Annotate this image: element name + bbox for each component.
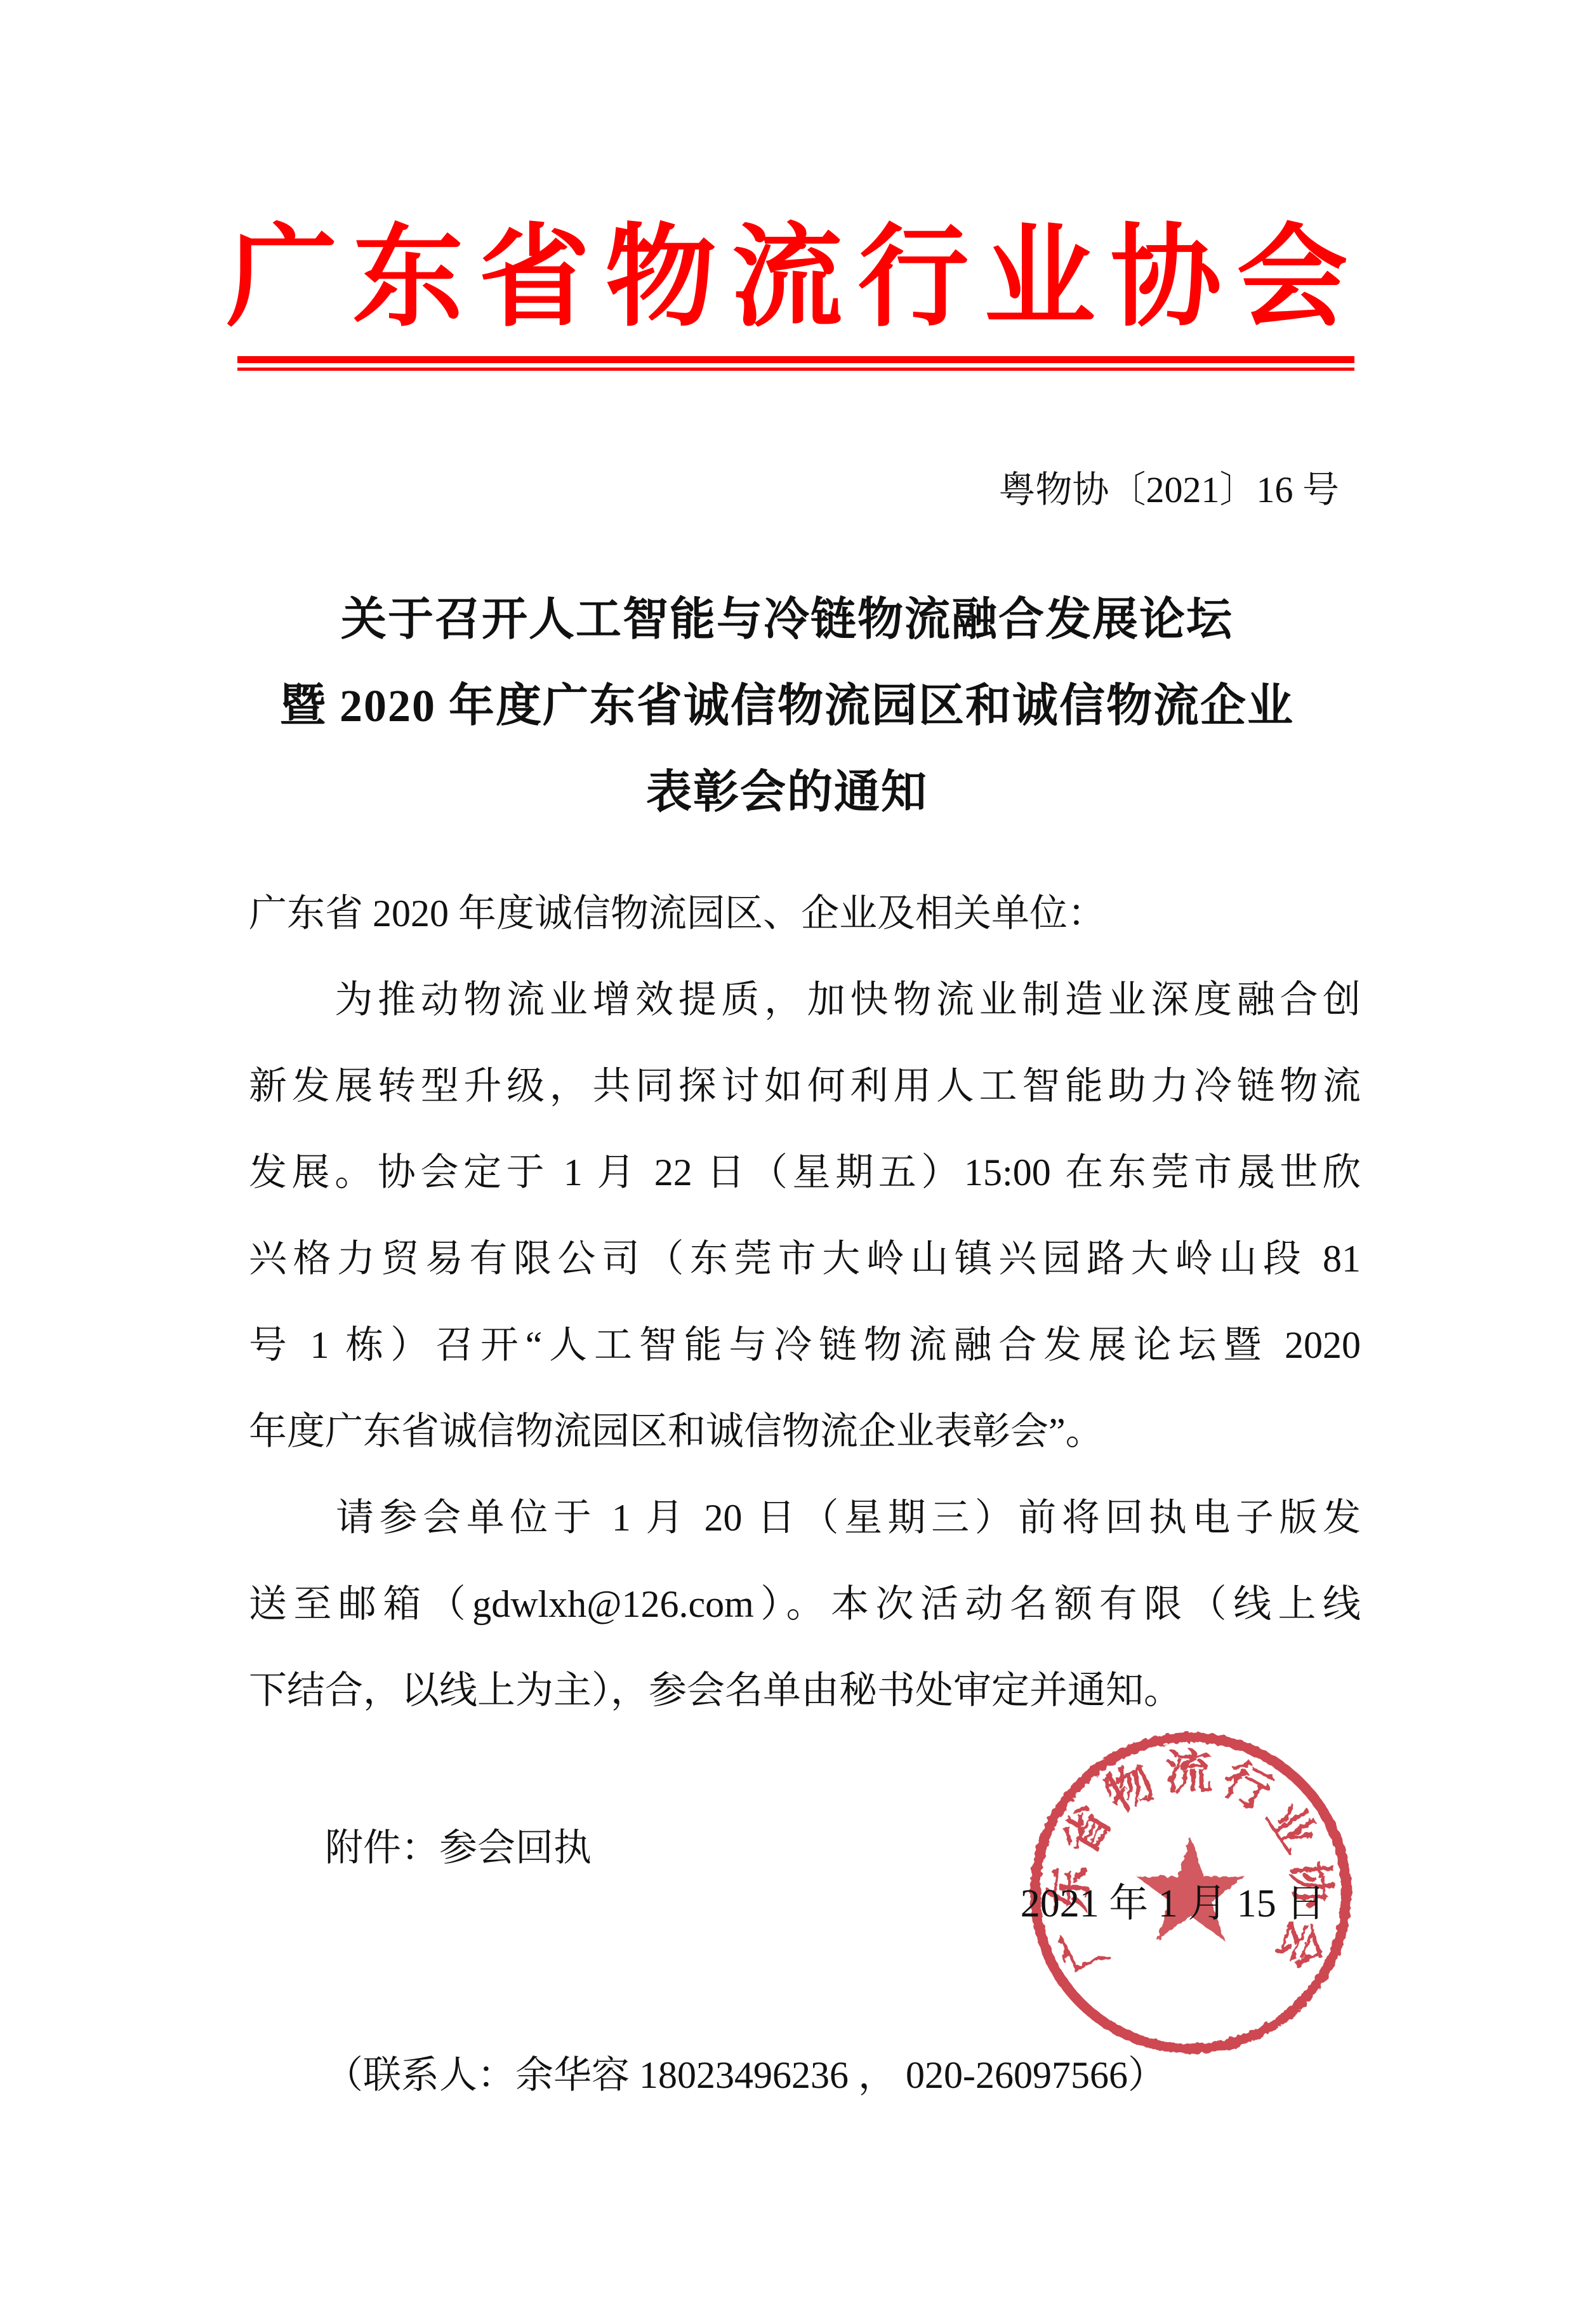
- doc-number: 粤物协〔2021〕16 号: [998, 468, 1339, 512]
- body-line: 年度广东省诚信物流园区和诚信物流企业表彰会”。: [249, 1388, 1361, 1475]
- body-line: 新发展转型升级，共同探讨如何利用人工智能助力冷链物流: [249, 1043, 1361, 1129]
- notice-title-line: 表彰会的通知: [0, 749, 1574, 835]
- letterhead-rule-thin: [237, 368, 1354, 371]
- issue-date: 2021 年 1 月 15 日: [1008, 1882, 1338, 1926]
- notice-body: 广东省 2020 年度诚信物流园区、企业及相关单位： 为推动物流业增效提质，加快…: [249, 870, 1361, 1734]
- official-notice-page: 广东省物流行业协会 粤物协〔2021〕16 号 关于召开人工智能与冷链物流融合发…: [0, 0, 1574, 2324]
- body-line: 号 1 栋）召开“人工智能与冷链物流融合发展论坛暨 2020: [249, 1302, 1361, 1388]
- body-line: 为推动物流业增效提质，加快物流业制造业深度融合创: [249, 957, 1361, 1043]
- body-line: 请参会单位于 1 月 20 日（星期三）前将回执电子版发: [249, 1475, 1361, 1561]
- contact-info: （联系人：余华容 18023496236 ， 020-26097566）: [249, 2052, 1366, 2098]
- body-line: 广东省 2020 年度诚信物流园区、企业及相关单位：: [249, 870, 1361, 957]
- body-line: 兴格力贸易有限公司（东莞市大岭山镇兴园路大岭山段 81: [249, 1216, 1361, 1302]
- letterhead-rule-thick: [237, 356, 1354, 363]
- notice-title-line: 关于召开人工智能与冷链物流融合发展论坛: [0, 576, 1574, 663]
- notice-title: 关于召开人工智能与冷链物流融合发展论坛暨 2020 年度广东省诚信物流园区和诚信…: [0, 576, 1574, 835]
- body-line: 下结合，以线上为主），参会名单由秘书处审定并通知。: [249, 1647, 1361, 1734]
- body-line: 送至邮箱（gdwlxh@126.com）。本次活动名额有限（线上线: [249, 1561, 1361, 1647]
- letterhead-org-name: 广东省物流行业协会: [0, 215, 1574, 342]
- notice-title-line: 暨 2020 年度广东省诚信物流园区和诚信物流企业: [0, 663, 1574, 749]
- body-line: 发展。协会定于 1 月 22 日（星期五）15:00 在东莞市晟世欣: [249, 1129, 1361, 1216]
